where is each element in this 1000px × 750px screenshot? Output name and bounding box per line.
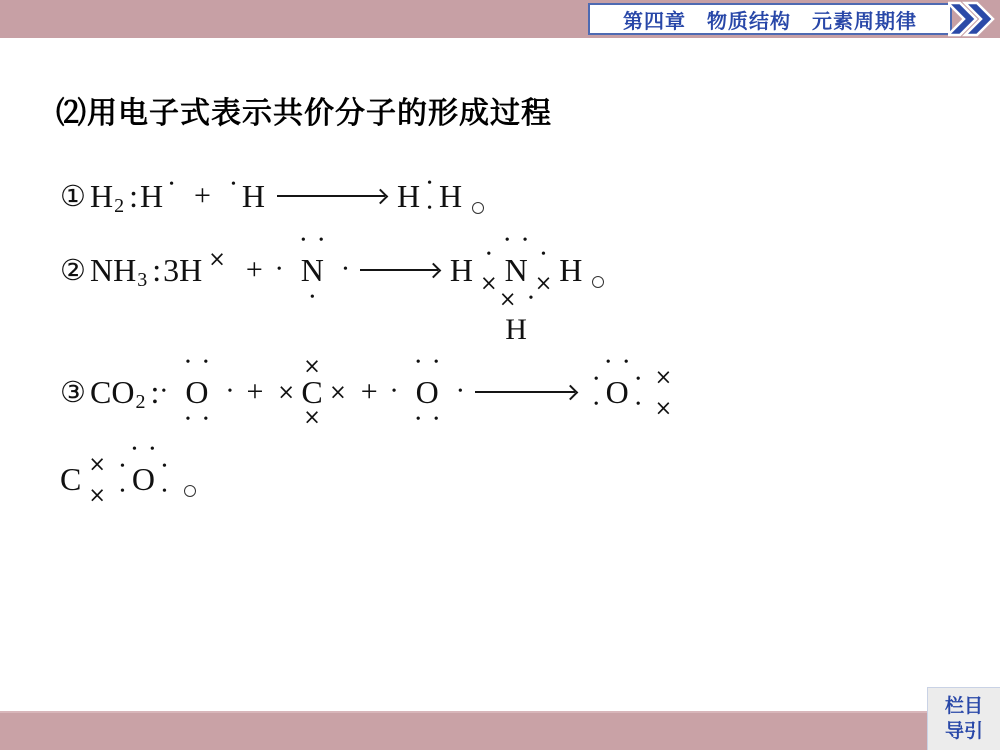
lone-pair: • • <box>185 416 208 424</box>
atom-o: O <box>416 374 439 410</box>
molecule-subscript: 2 <box>114 195 124 218</box>
electron-cross: × <box>499 292 517 306</box>
chapter-title-box: 第四章 物质结构 元素周期律 <box>588 3 952 35</box>
atom-n: N <box>301 252 324 288</box>
nitrogen-atom-reactant: • • • N • • <box>301 252 324 289</box>
bond-dots-column: • • <box>120 463 125 496</box>
electron-dot: • <box>486 251 491 259</box>
atom-o: O <box>185 374 208 410</box>
colon: : <box>129 178 138 215</box>
electron-dot: • <box>120 488 125 496</box>
molecule-subscript: 2 <box>135 391 145 414</box>
electron-dot: • <box>203 359 208 367</box>
electron-dot: • <box>228 388 233 396</box>
section-title: ⑵用电子式表示共价分子的形成过程 <box>56 88 552 132</box>
column-nav-button[interactable]: 栏目 导引 <box>927 687 1000 750</box>
molecule-label: H <box>90 178 113 215</box>
lone-pair: • • <box>416 416 439 424</box>
electron-dot: • <box>231 181 236 189</box>
electron-dot: • <box>434 416 439 424</box>
molecule-subscript: 3 <box>137 269 147 292</box>
ideographic-period-icon <box>472 202 484 214</box>
oxygen-atom-product-right: • • O <box>132 461 155 498</box>
electron-dot: • <box>434 359 439 367</box>
slide: 第四章 物质结构 元素周期律 ⑵用电子式表示共价分子的形成过程 ① H 2 : … <box>0 0 1000 750</box>
atom-h: H <box>242 178 265 215</box>
atom-o: O <box>606 374 629 410</box>
molecule-label: NH <box>90 252 136 289</box>
colon: : <box>150 374 159 411</box>
lone-pair: • • <box>505 237 528 245</box>
electron-dot: • <box>319 237 324 245</box>
lone-pair: • • <box>606 359 629 367</box>
electron-dot-bottom: • <box>310 294 315 302</box>
lone-pair-right: • • <box>162 463 167 496</box>
lone-pair: • • <box>185 359 208 367</box>
electron-dot: • <box>161 388 166 396</box>
lone-pair: • • <box>416 359 439 367</box>
oxygen-atom-reactant: • • • O • • • <box>185 374 208 411</box>
nav-label-line1: 栏目 <box>945 694 983 719</box>
lone-pair: • • <box>301 237 324 245</box>
electron-dot: • <box>541 251 546 259</box>
nitrogen-atom-product: • • N × • H <box>505 252 528 289</box>
bond-crosses-column: × × <box>88 457 106 502</box>
electron-dot: • <box>624 359 629 367</box>
electron-dot: • <box>458 388 463 396</box>
electron-dot: • <box>416 359 421 367</box>
electron-dot: • <box>594 401 599 409</box>
equation-co2: ③ CO 2 : • • • O • • • + × × C × × <box>60 362 679 422</box>
atom-h: H <box>397 178 420 215</box>
atom-o: O <box>132 461 155 497</box>
atom-h: H <box>439 178 462 215</box>
chapter-title: 第四章 物质结构 元素周期律 <box>623 5 917 34</box>
plus-sign: + <box>361 375 378 409</box>
atom-h: H <box>559 252 582 289</box>
bond-crosses-column: × × <box>655 370 673 415</box>
item-number-1: ① <box>60 179 86 213</box>
nav-label-line2: 导引 <box>945 719 983 744</box>
ideographic-period-icon <box>592 276 604 288</box>
electron-dot: • <box>162 463 167 471</box>
equation-co2-continued: C × × • • • • O • • <box>60 450 196 508</box>
electron-cross: × <box>480 276 498 290</box>
electron-dot: • <box>392 388 397 396</box>
electron-dot: • <box>343 266 348 274</box>
electron-cross: × <box>655 401 673 415</box>
bond-dots-column: • • <box>636 376 641 409</box>
footer-band <box>0 711 1000 750</box>
electron-cross-bottom: × <box>303 410 321 424</box>
lone-pair-left: • • <box>594 376 599 409</box>
shared-pair-bottom: × • <box>499 292 534 306</box>
electron-dot: • <box>185 359 190 367</box>
molecule-label: CO <box>90 374 134 411</box>
electron-dot: • <box>594 376 599 384</box>
electron-dot: • <box>606 359 611 367</box>
reaction-arrow-icon <box>360 269 438 271</box>
atom-h: H <box>450 252 473 289</box>
electron-cross: × <box>535 276 553 290</box>
equation-h2: ① H 2 : H • + • H H • • H <box>60 170 484 222</box>
electron-dot: • <box>203 416 208 424</box>
atom-c: C <box>60 461 81 498</box>
plus-sign: + <box>246 375 263 409</box>
electron-cross: × <box>88 488 106 502</box>
coefficient: 3 <box>163 252 179 289</box>
electron-dot: • <box>169 181 174 189</box>
electron-dot: • <box>150 446 155 454</box>
reaction-arrow-icon <box>475 391 575 393</box>
double-chevron-icon <box>948 0 998 38</box>
equation-nh3: ② NH 3 : 3 H × + • • • N • • H • × • <box>60 240 604 300</box>
item-number-2: ② <box>60 253 86 287</box>
electron-dot: • <box>528 295 533 303</box>
electron-dot: • <box>427 205 432 213</box>
header-band: 第四章 物质结构 元素周期律 <box>0 0 1000 38</box>
electron-dot: • <box>301 237 306 245</box>
atom-n: N <box>505 252 528 288</box>
electron-dot: • <box>416 416 421 424</box>
electron-dot: • <box>185 416 190 424</box>
electron-cross: × <box>277 385 295 399</box>
oxygen-atom-reactant: • • • O • • • <box>416 374 439 411</box>
electron-dot: • <box>120 463 125 471</box>
reaction-arrow-icon <box>277 195 385 197</box>
electron-dot: • <box>132 446 137 454</box>
plus-sign: + <box>246 253 263 287</box>
atom-h: H <box>140 178 163 215</box>
electron-cross: × <box>329 385 347 399</box>
electron-dot: • <box>310 294 315 302</box>
electron-cross: × <box>88 457 106 471</box>
carbon-atom-reactant: × × C × × <box>301 374 322 411</box>
oxygen-atom-product-left: • • O <box>606 374 629 411</box>
colon: : <box>152 252 161 289</box>
electron-dot: • <box>277 266 282 274</box>
ideographic-period-icon <box>184 485 196 497</box>
atom-h: H <box>179 252 202 289</box>
lone-pair: • • <box>132 446 155 454</box>
electron-dot: • <box>505 237 510 245</box>
shared-pair: • × <box>480 251 498 290</box>
electron-dot: • <box>636 376 641 384</box>
shared-pair: • • <box>427 180 432 213</box>
electron-cross: × <box>303 410 321 424</box>
atom-h-below: H <box>505 313 527 347</box>
item-number-3: ③ <box>60 375 86 409</box>
electron-dot: • <box>636 401 641 409</box>
electron-cross: × <box>208 252 226 266</box>
electron-dot: • <box>427 180 432 188</box>
electron-dot: • <box>162 488 167 496</box>
electron-cross: × <box>303 359 321 373</box>
plus-sign: + <box>194 179 211 213</box>
electron-cross-top: × <box>303 359 321 373</box>
electron-cross: × <box>655 370 673 384</box>
shared-pair: • × <box>535 251 553 290</box>
electron-dot: • <box>523 237 528 245</box>
